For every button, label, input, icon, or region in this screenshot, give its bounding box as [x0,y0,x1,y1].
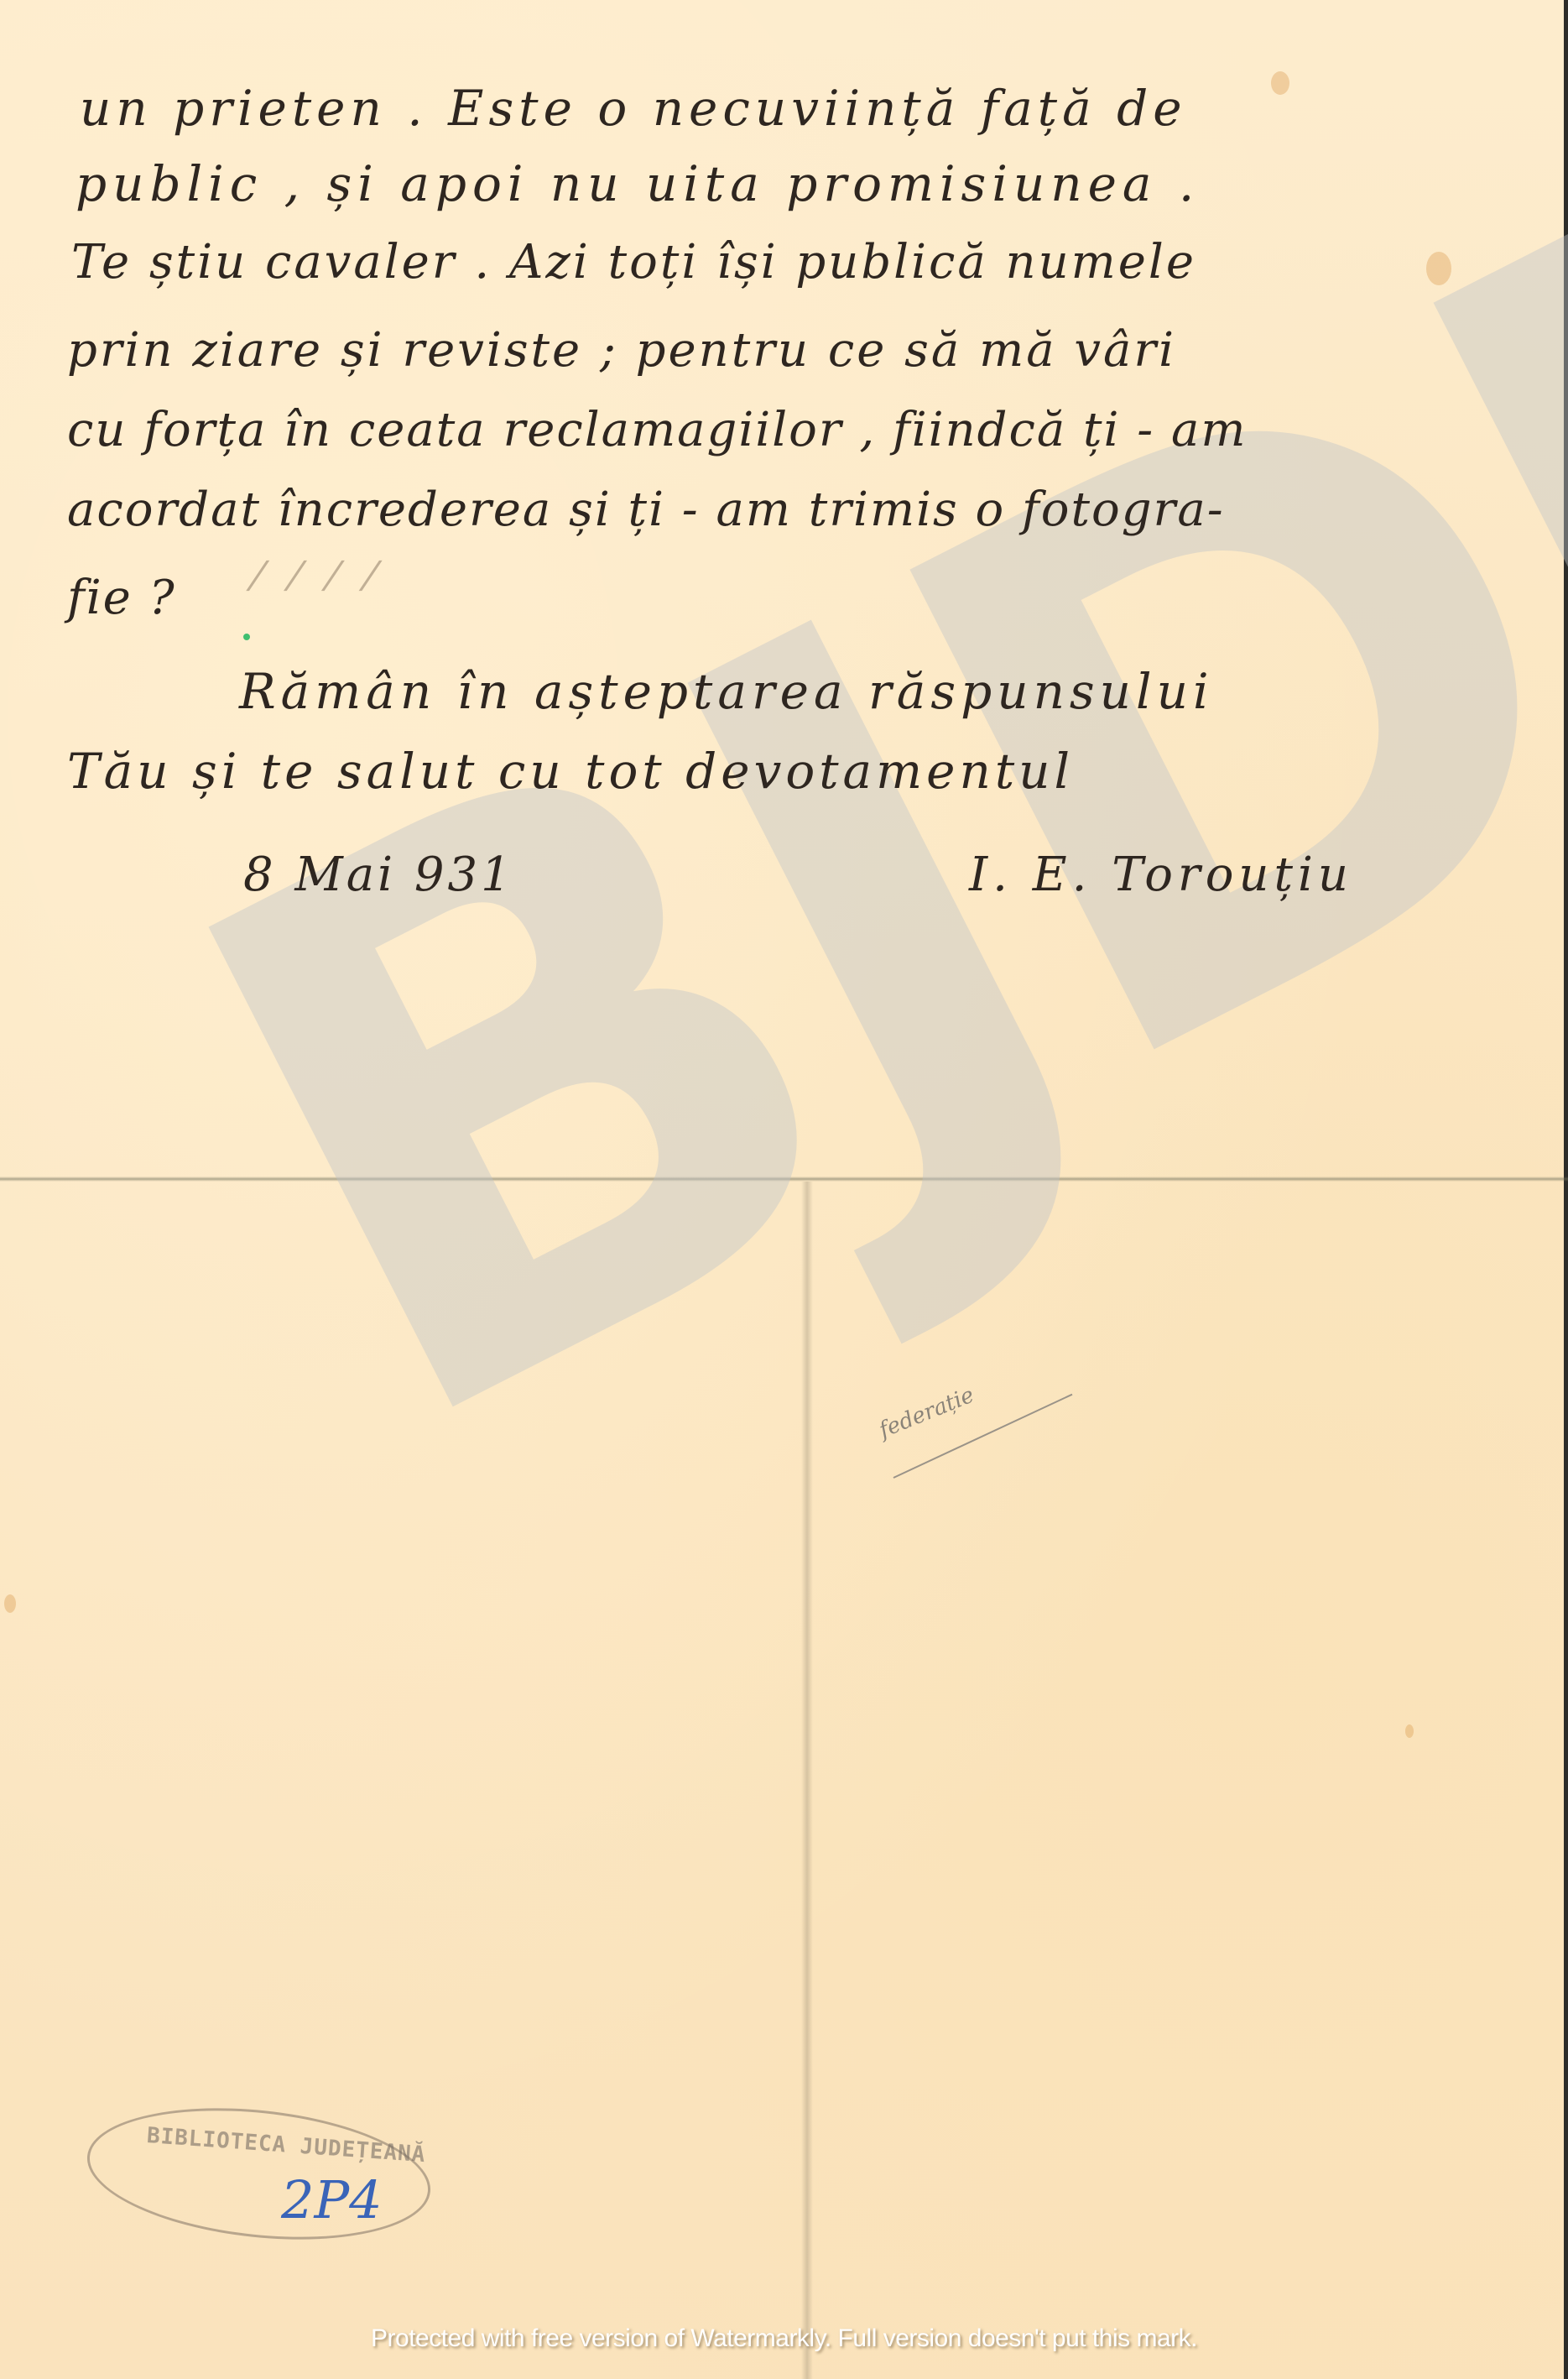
letter-line-5: cu forța în ceata reclamagiilor , fiindc… [67,403,1247,457]
letter-line-7: fie ? [67,571,176,625]
letter-line-8: Rămân în așteptarea răspunsului [239,663,1214,720]
letter-body: un prieten . Este o necuviință față de p… [0,0,1568,1091]
letter-line-3: Te știu cavaler . Azi toți își publică n… [71,235,1196,290]
inventory-number: 2P4 [281,2169,383,2230]
letter-line-1: un prieten . Este o necuviință față de [80,80,1187,137]
letter-line-2: public , și apoi nu uita promisiunea . [76,155,1200,212]
letter-line-9: Tău și te salut cu tot devotamentul [67,743,1074,800]
letter-line-6: acordat încrederea și ți - am trimis o f… [67,483,1225,537]
stain-spot [4,1594,16,1613]
letter-signature: I. E. Torouțiu [969,848,1353,902]
watermarkly-notice: Protected with free version of Watermark… [0,2324,1568,2353]
faint-pencil-marks: / / / / [244,554,392,597]
letter-line-4: prin ziare și reviste ; pentru ce să mă … [67,323,1176,378]
horizontal-fold-crease [0,1176,1568,1182]
letter-date: 8 Mai 931 [243,848,514,902]
vertical-fold-crease [801,1182,813,2379]
stain-spot [1405,1724,1414,1738]
green-ink-dot [243,634,250,640]
